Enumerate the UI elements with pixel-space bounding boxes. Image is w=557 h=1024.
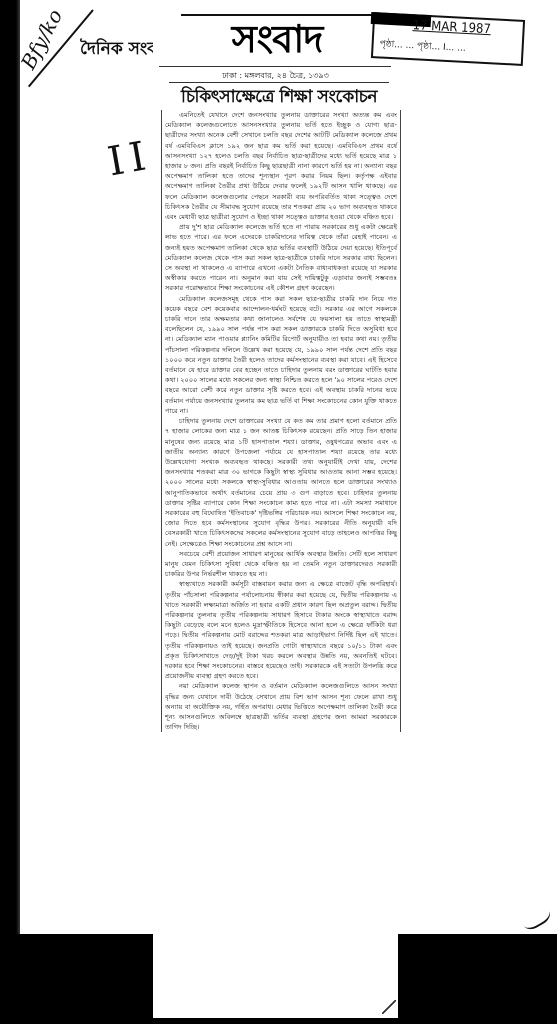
masthead: সংবাদ [181,14,373,62]
date-stamp: 17 MAR 1987 পৃষ্ঠা... ... পৃষ্ঠা... I...… [371,12,525,66]
paragraph: স্বাস্থ্যখাতে সরকারী কর্মসূচী বাস্তবায়ন… [165,579,397,681]
corner-mark [382,1000,396,1014]
article-body: এমনিতেই যেখানে দেশে জনসংখ্যার তুলনায় ডা… [161,110,401,732]
scan-edge [0,0,22,934]
paragraph: নয়া মেডিক্যাল কলেজ স্থাপন ও বর্তমান মেড… [165,681,397,732]
headline: চিকিৎসাক্ষেত্রে শিক্ষা সংকোচন [161,84,397,112]
dateline-rule [169,82,389,83]
stamp-date: 17 MAR 1987 [412,18,491,37]
stamp-page-label: পৃষ্ঠা... ... পৃষ্ঠা... I... ... [379,36,466,55]
masthead-rule [159,66,391,67]
paragraph: চাহিদার তুলনায় দেশে ডাক্তারের সংখ্যা যে… [165,416,397,549]
newspaper-clipping: সংবাদ ঢাকা : মঙ্গলবার, ২৪ চৈত্র, ১৩৯৩ চি… [153,14,398,1018]
tally-mark: II [104,133,155,186]
paragraph: প্রায় দু'শ ছাত্র মেডিক্যাল কলেজে ভর্তি … [165,222,397,293]
paragraph: মেডিক্যাল কলেজসমূহ থেকে পাস করা সকল ছাত্… [165,294,397,416]
paragraph: সবচেয়ে বেশী প্রয়োজন সাধারণ মানুষের আর্… [165,549,397,580]
paragraph: এমনিতেই যেখানে দেশে জনসংখ্যার তুলনায় ডা… [165,110,397,222]
